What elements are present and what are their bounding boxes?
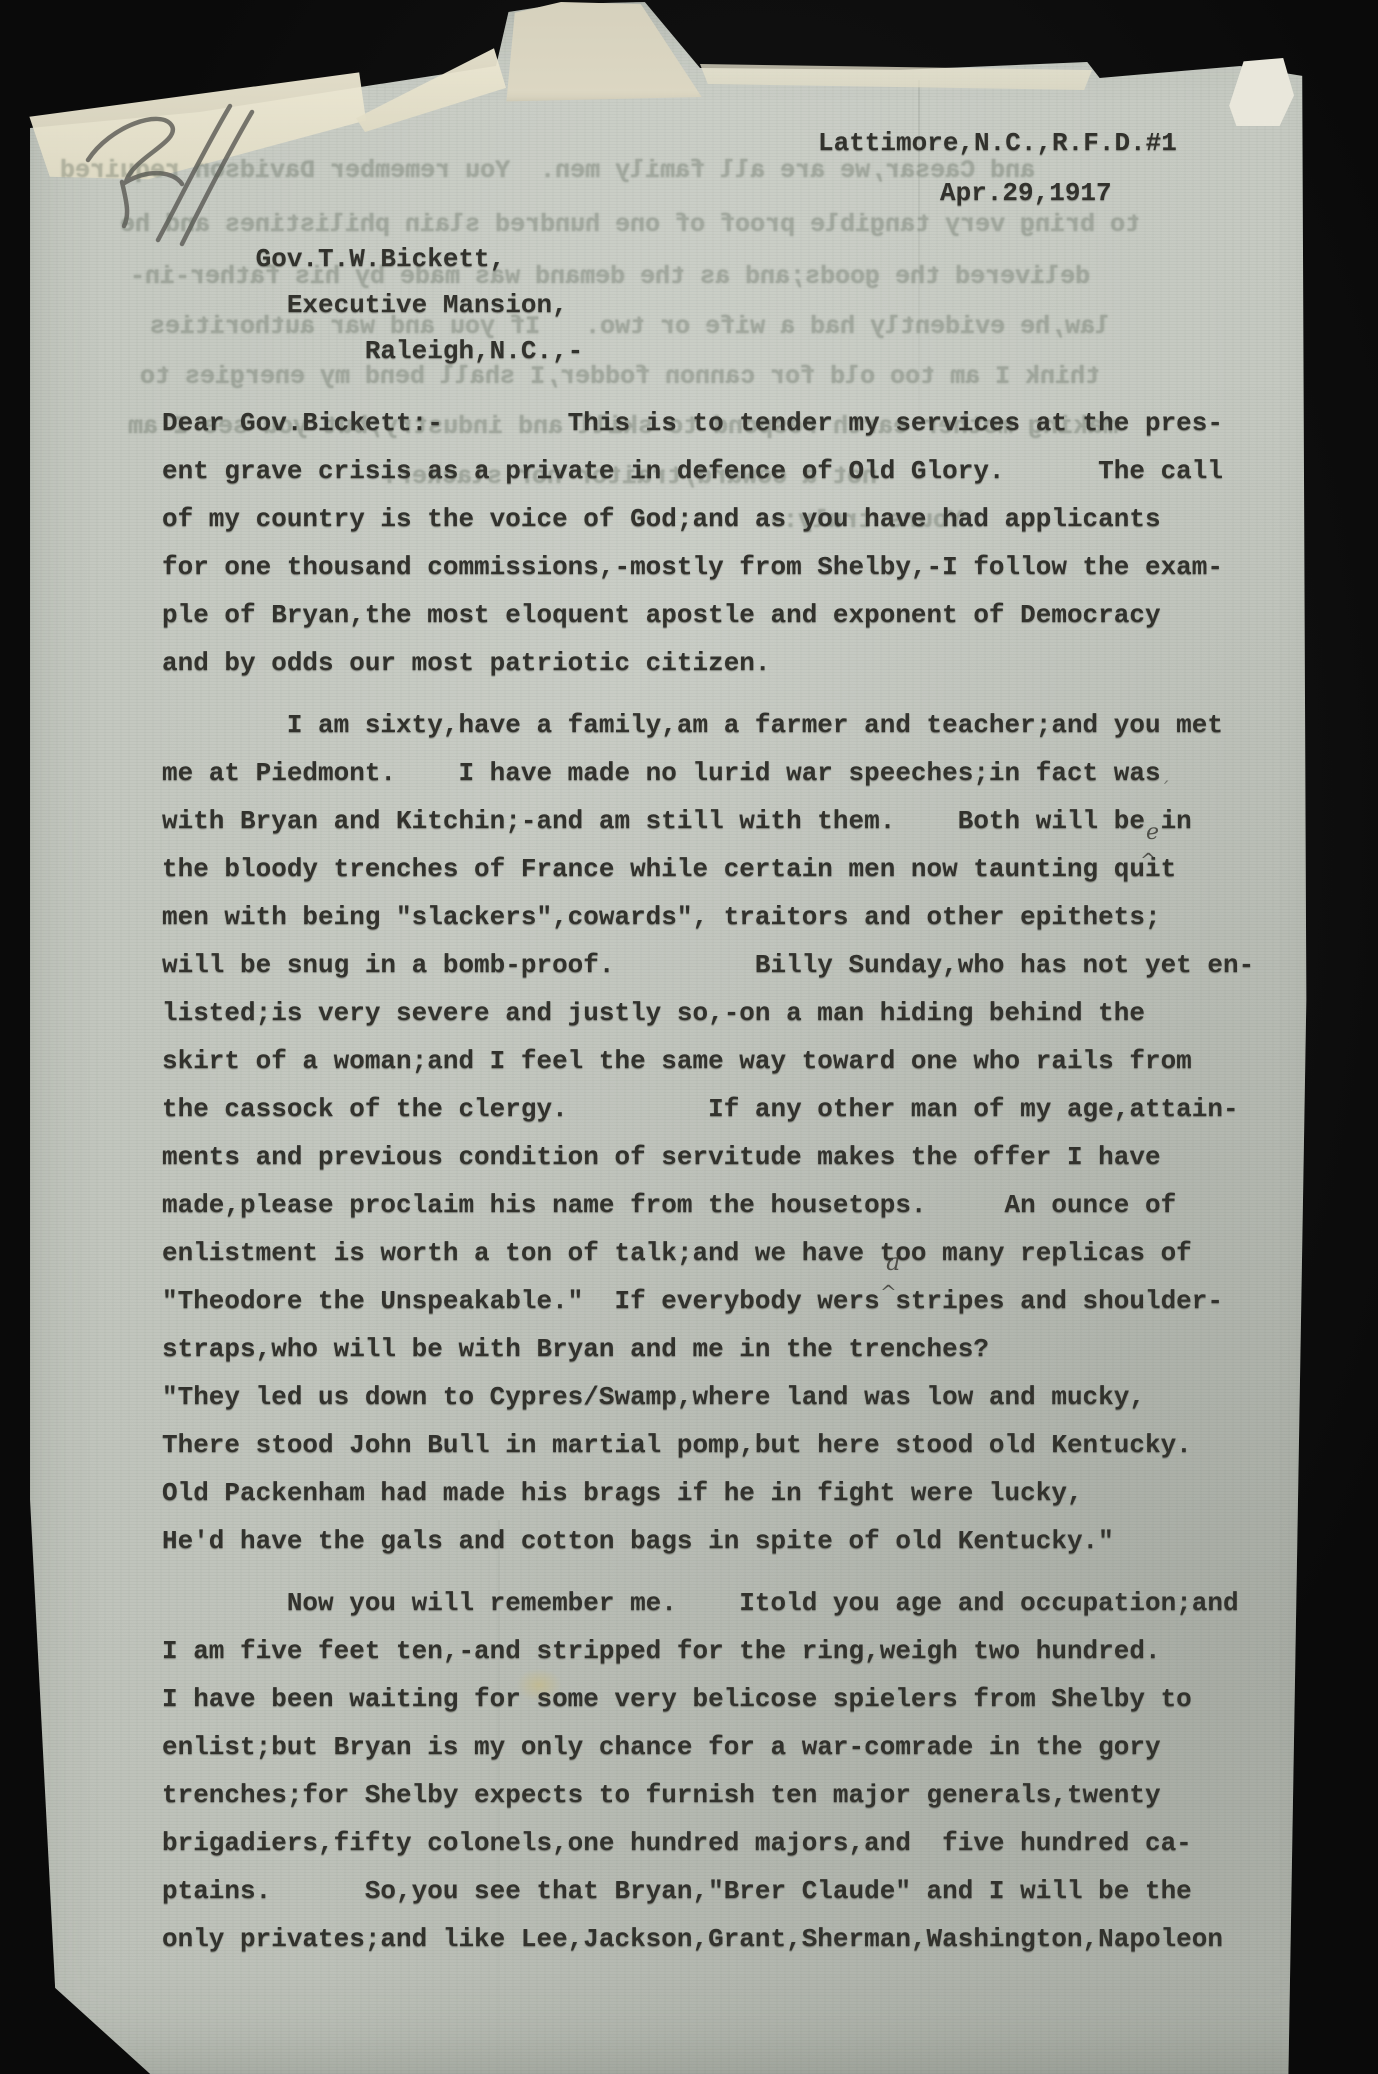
letter-paragraph: "They led us down to Cypres/Swamp,where …: [162, 1382, 1254, 1574]
bleedthrough-line: and Caesar,we are all family men. You re…: [60, 156, 1035, 185]
typed-line: straps,who will be with Bryan and me in …: [162, 1334, 1254, 1382]
typed-line: the cassock of the clergy. If any other …: [162, 1094, 1254, 1142]
typed-line: There stood John Bull in martial pomp,bu…: [162, 1430, 1254, 1478]
caret-mark: ^: [880, 1280, 897, 1304]
typed-line: ments and previous condition of servitud…: [162, 1142, 1254, 1190]
typed-line: Now you will remember me. Itold you age …: [162, 1588, 1254, 1636]
caret-mark: ^: [1140, 848, 1157, 872]
scanned-letter-photo: and Caesar,we are all family men. You re…: [0, 0, 1378, 2074]
typed-line: I am five feet ten,-and stripped for the…: [162, 1636, 1254, 1684]
typed-line: and by odds our most patriotic citizen.: [162, 648, 1254, 696]
typed-line: brigadiers,fifty colonels,one hundred ma…: [162, 1828, 1254, 1876]
typed-line: "Theodore the Unspeakable." If everybody…: [162, 1286, 1254, 1334]
dateline-date: Apr.29,1917: [940, 178, 1112, 208]
typed-line: listed;is very severe and justly so,-on …: [162, 998, 1254, 1046]
typed-line: trenches;for Shelby expects to furnish t…: [162, 1780, 1254, 1828]
typed-line: Old Packenham had made his brags if he i…: [162, 1478, 1254, 1526]
typed-line: I have been waiting for some very belico…: [162, 1684, 1254, 1732]
bleedthrough-line: to bring very tangible proof of one hund…: [120, 210, 1140, 239]
typed-line: made,please proclaim his name from the h…: [162, 1190, 1254, 1238]
recipient-address: Gov.T.W.Bickett, Executive Mansion, Rale…: [162, 244, 583, 382]
typed-line: of my country is the voice of God;and as…: [162, 504, 1254, 552]
letter-paragraph: I am sixty,have a family,am a farmer and…: [162, 710, 1254, 1382]
typed-line: ple of Bryan,the most eloquent apostle a…: [162, 600, 1254, 648]
typed-line: enlist;but Bryan is my only chance for a…: [162, 1732, 1254, 1780]
typed-line: with Bryan and Kitchin;-and am still wit…: [162, 806, 1254, 854]
recipient-line: Executive Mansion,: [162, 290, 583, 336]
handwritten-insert-a: a: [886, 1248, 900, 1276]
typed-line: He'd have the gals and cotton bags in sp…: [162, 1526, 1254, 1574]
typed-line: enlistment is worth a ton of talk;and we…: [162, 1238, 1254, 1286]
typed-line: ent grave crisis as a private in defence…: [162, 456, 1254, 504]
letter-paragraph: Now you will remember me. Itold you age …: [162, 1588, 1254, 1972]
typed-line: I am sixty,have a family,am a farmer and…: [162, 710, 1254, 758]
typed-line: only privates;and like Lee,Jackson,Grant…: [162, 1924, 1254, 1972]
recipient-line: Gov.T.W.Bickett,: [162, 244, 583, 290]
typed-line: Dear Gov.Bickett:- This is to tender my …: [162, 408, 1254, 456]
typed-line: for one thousand commissions,-mostly fro…: [162, 552, 1254, 600]
handwritten-insert-e: e: [1146, 820, 1159, 845]
letter-body: Dear Gov.Bickett:- This is to tender my …: [162, 408, 1254, 1972]
handwritten-tick: ′: [1164, 776, 1169, 800]
letter-paragraph: Dear Gov.Bickett:- This is to tender my …: [162, 408, 1254, 696]
typed-line: the bloody trenches of France while cert…: [162, 854, 1254, 902]
typed-line: will be snug in a bomb-proof. Billy Sund…: [162, 950, 1254, 998]
recipient-line: Raleigh,N.C.,-: [162, 336, 583, 382]
typed-line: skirt of a woman;and I feel the same way…: [162, 1046, 1254, 1094]
dateline-place: Lattimore,N.C.,R.F.D.#1: [818, 128, 1177, 158]
typed-line: me at Piedmont. I have made no lurid war…: [162, 758, 1254, 806]
typed-line: "They led us down to Cypres/Swamp,where …: [162, 1382, 1254, 1430]
typed-line: ptains. So,you see that Bryan,"Brer Clau…: [162, 1876, 1254, 1924]
typed-line: men with being "slackers",cowards", trai…: [162, 902, 1254, 950]
